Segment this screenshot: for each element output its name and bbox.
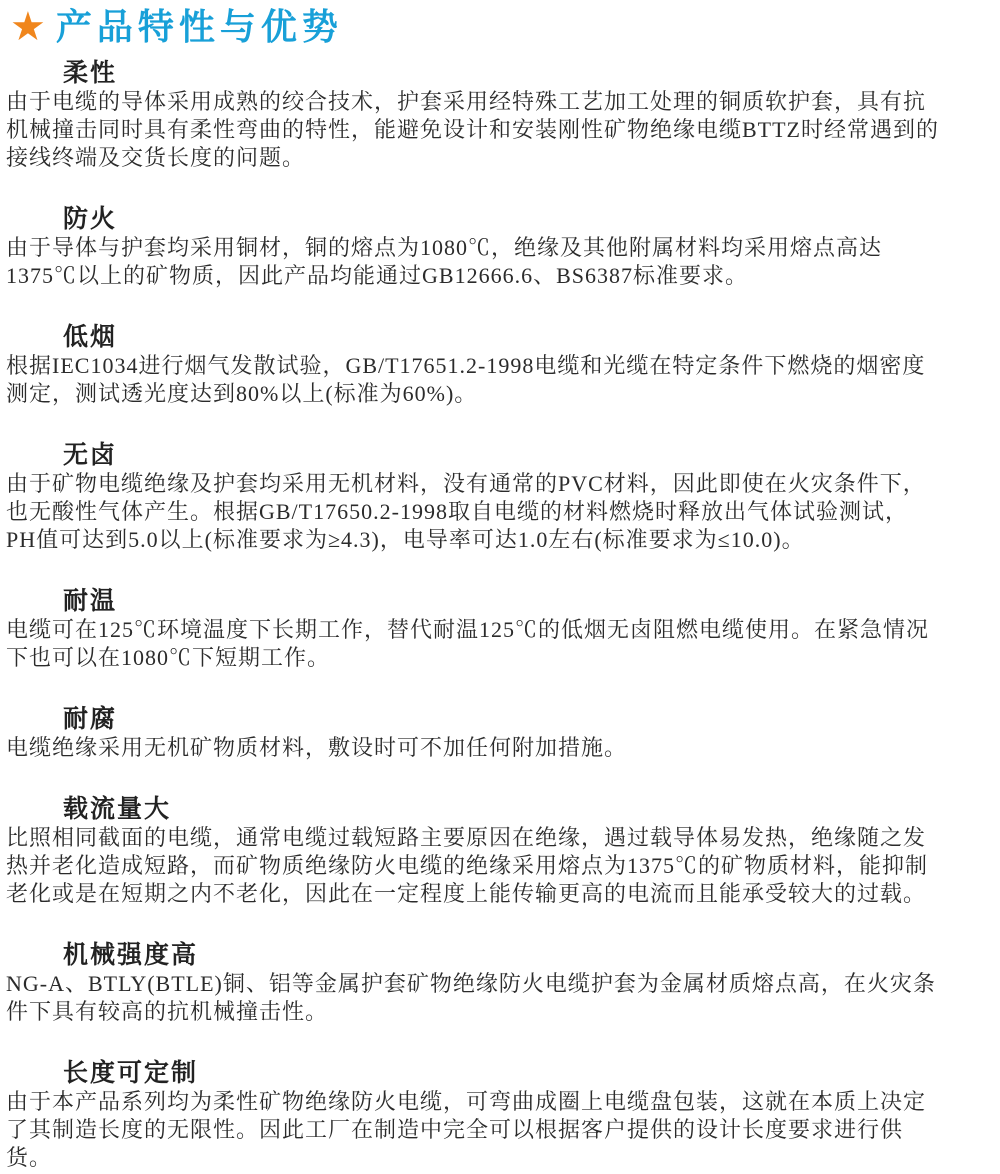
section-body: 由于矿物电缆绝缘及护套均采用无机材料，没有通常的PVC材料，因此即使在火灾条件下… (6, 470, 970, 554)
star-icon: ★ (10, 7, 46, 47)
page-title: 产品特性与优势 (56, 6, 343, 48)
feature-section: 耐温 电缆可在125℃环境温度下长期工作，替代耐温125℃的低烟无卤阻燃电缆使用… (0, 586, 1000, 672)
section-heading: 耐腐 (63, 704, 1000, 734)
feature-section: 长度可定制 由于本产品系列均为柔性矿物绝缘防火电缆，可弯曲成圈上电缆盘包装，这就… (0, 1058, 1000, 1172)
feature-section: 柔性 由于电缆的导体采用成熟的绞合技术，护套采用经特殊工艺加工处理的铜质软护套，… (0, 58, 1000, 172)
section-heading: 耐温 (63, 586, 1000, 616)
section-heading: 长度可定制 (63, 1058, 1000, 1088)
section-heading: 柔性 (63, 58, 1000, 88)
page-header: ★ 产品特性与优势 (0, 5, 1000, 49)
section-heading: 无卤 (63, 440, 1000, 470)
feature-section: 无卤 由于矿物电缆绝缘及护套均采用无机材料，没有通常的PVC材料，因此即使在火灾… (0, 440, 1000, 554)
feature-section: 防火 由于导体与护套均采用铜材，铜的熔点为1080℃，绝缘及其他附属材料均采用熔… (0, 204, 1000, 290)
section-heading: 防火 (63, 204, 1000, 234)
section-heading: 机械强度高 (63, 940, 1000, 970)
section-body: 由于本产品系列均为柔性矿物绝缘防火电缆，可弯曲成圈上电缆盘包装，这就在本质上决定… (6, 1088, 970, 1172)
section-heading: 低烟 (63, 322, 1000, 352)
section-body: 比照相同截面的电缆，通常电缆过载短路主要原因在绝缘，遇过载导体易发热，绝缘随之发… (6, 824, 970, 908)
feature-section: 低烟 根据IEC1034进行烟气发散试验，GB/T17651.2-1998电缆和… (0, 322, 1000, 408)
section-body: 电缆可在125℃环境温度下长期工作，替代耐温125℃的低烟无卤阻燃电缆使用。在紧… (6, 616, 970, 672)
sections-container: 柔性 由于电缆的导体采用成熟的绞合技术，护套采用经特殊工艺加工处理的铜质软护套，… (0, 58, 1000, 1172)
feature-section: 耐腐 电缆绝缘采用无机矿物质材料，敷设时可不加任何附加措施。 (0, 704, 1000, 762)
section-body: 由于导体与护套均采用铜材，铜的熔点为1080℃，绝缘及其他附属材料均采用熔点高达… (6, 234, 970, 290)
section-body: NG-A、BTLY(BTLE)铜、铝等金属护套矿物绝缘防火电缆护套为金属材质熔点… (6, 970, 970, 1026)
section-body: 电缆绝缘采用无机矿物质材料，敷设时可不加任何附加措施。 (6, 734, 970, 762)
section-body: 由于电缆的导体采用成熟的绞合技术，护套采用经特殊工艺加工处理的铜质软护套，具有抗… (6, 88, 970, 172)
document-page: ★ 产品特性与优势 柔性 由于电缆的导体采用成熟的绞合技术，护套采用经特殊工艺加… (0, 0, 1000, 1174)
feature-section: 机械强度高 NG-A、BTLY(BTLE)铜、铝等金属护套矿物绝缘防火电缆护套为… (0, 940, 1000, 1026)
section-heading: 载流量大 (63, 794, 1000, 824)
feature-section: 载流量大 比照相同截面的电缆，通常电缆过载短路主要原因在绝缘，遇过载导体易发热，… (0, 794, 1000, 908)
section-body: 根据IEC1034进行烟气发散试验，GB/T17651.2-1998电缆和光缆在… (6, 352, 970, 408)
